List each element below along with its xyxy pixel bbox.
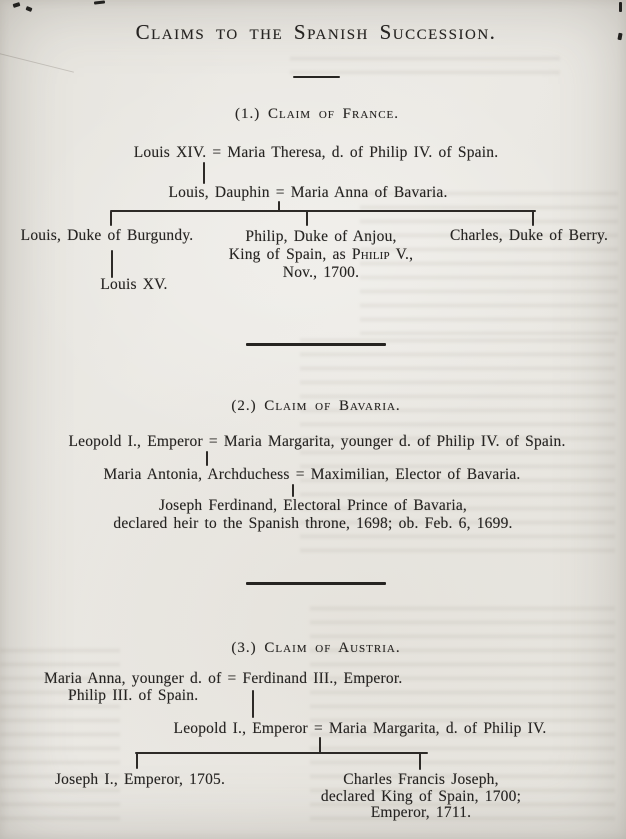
- node-louis-xv: Louis XV.: [100, 277, 167, 293]
- descent-line-louis-xiv-to-dauphin: [203, 162, 205, 184]
- node-joseph-i: Joseph I., Emperor, 1705.: [55, 772, 225, 788]
- joseph-ferdinand-line1: Joseph Ferdinand, Electoral Prince of Ba…: [159, 497, 467, 514]
- drop-line-berry: [532, 211, 534, 226]
- node-charles-francis-joseph: Charles Francis Joseph, declared King of…: [321, 772, 521, 822]
- descent-line-burgundy-to-louis-xv: [111, 250, 113, 278]
- anjou-line3: Nov., 1700.: [283, 264, 359, 281]
- drop-line-charles: [419, 753, 421, 770]
- bleedthrough-ghost: [290, 48, 560, 78]
- sibling-connector-austria: [135, 752, 428, 754]
- scan-speck: [619, 2, 622, 12]
- joseph-ferdinand-line2: declared heir to the Spanish throne, 169…: [113, 515, 512, 532]
- scan-speck: [94, 0, 105, 4]
- sibling-connector-france: [110, 210, 536, 212]
- page-title: Claims to the Spanish Succession.: [136, 21, 497, 43]
- drop-line-joseph-i: [136, 753, 138, 769]
- marriage-row-leopold-margarita: Leopold I., Emperor = Maria Margarita, y…: [68, 434, 565, 450]
- drop-line-burgundy: [110, 211, 112, 226]
- node-louis-duke-of-burgundy: Louis, Duke of Burgundy.: [21, 228, 194, 244]
- title-divider: [293, 76, 340, 78]
- drop-line-anjou: [306, 211, 308, 226]
- descent-line-to-joseph-ferdinand: [292, 484, 294, 497]
- bleedthrough-ghost: [0, 640, 120, 830]
- descent-line-leopold-to-children: [319, 737, 321, 753]
- marriage-row-maria-antonia-maximilian: Maria Antonia, Archduchess = Maximilian,…: [104, 467, 521, 483]
- marriage-row-maria-anna-ferdinand-line2: Philip III. of Spain.: [68, 688, 198, 704]
- section-heading-france: (1.) Claim of France.: [235, 107, 399, 123]
- section-heading-austria: (3.) Claim of Austria.: [231, 641, 400, 657]
- marriage-row-dauphin: Louis, Dauphin = Maria Anna of Bavaria.: [168, 185, 447, 201]
- anjou-line2-name: Philip: [352, 246, 390, 263]
- node-charles-duke-of-berry: Charles, Duke of Berry.: [450, 228, 608, 244]
- anjou-line1: Philip, Duke of Anjou,: [245, 228, 396, 245]
- scanned-book-page: Claims to the Spanish Succession. (1.) C…: [0, 0, 626, 839]
- scan-speck: [617, 33, 622, 41]
- scan-speck: [13, 2, 21, 8]
- section-divider: [246, 582, 386, 585]
- marriage-row-leopold-margarita-austria: Leopold I., Emperor = Maria Margarita, d…: [174, 721, 547, 737]
- section-heading-bavaria: (2.) Claim of Bavaria.: [231, 399, 400, 415]
- node-joseph-ferdinand: Joseph Ferdinand, Electoral Prince of Ba…: [113, 497, 512, 532]
- descent-line-leopold-to-maria-antonia: [206, 451, 208, 466]
- marriage-row-maria-anna-ferdinand-line1: Maria Anna, younger d. of = Ferdinand II…: [44, 671, 402, 687]
- node-philip-duke-of-anjou: Philip, Duke of Anjou, King of Spain, as…: [229, 228, 413, 282]
- charles-line1: Charles Francis Joseph,: [343, 771, 498, 788]
- section-divider: [246, 343, 386, 346]
- scan-speck: [25, 6, 32, 12]
- descent-line-ferdinand-to-leopold: [252, 690, 254, 718]
- charles-line2: declared King of Spain, 1700;: [321, 788, 521, 805]
- anjou-line2-pre: King of Spain, as: [229, 246, 352, 263]
- marriage-row-louis-xiv: Louis XIV. = Maria Theresa, d. of Philip…: [134, 145, 499, 161]
- charles-line3: Emperor, 1711.: [371, 804, 471, 821]
- anjou-line2-post: V.,: [390, 246, 413, 263]
- paper-crease: [0, 52, 74, 72]
